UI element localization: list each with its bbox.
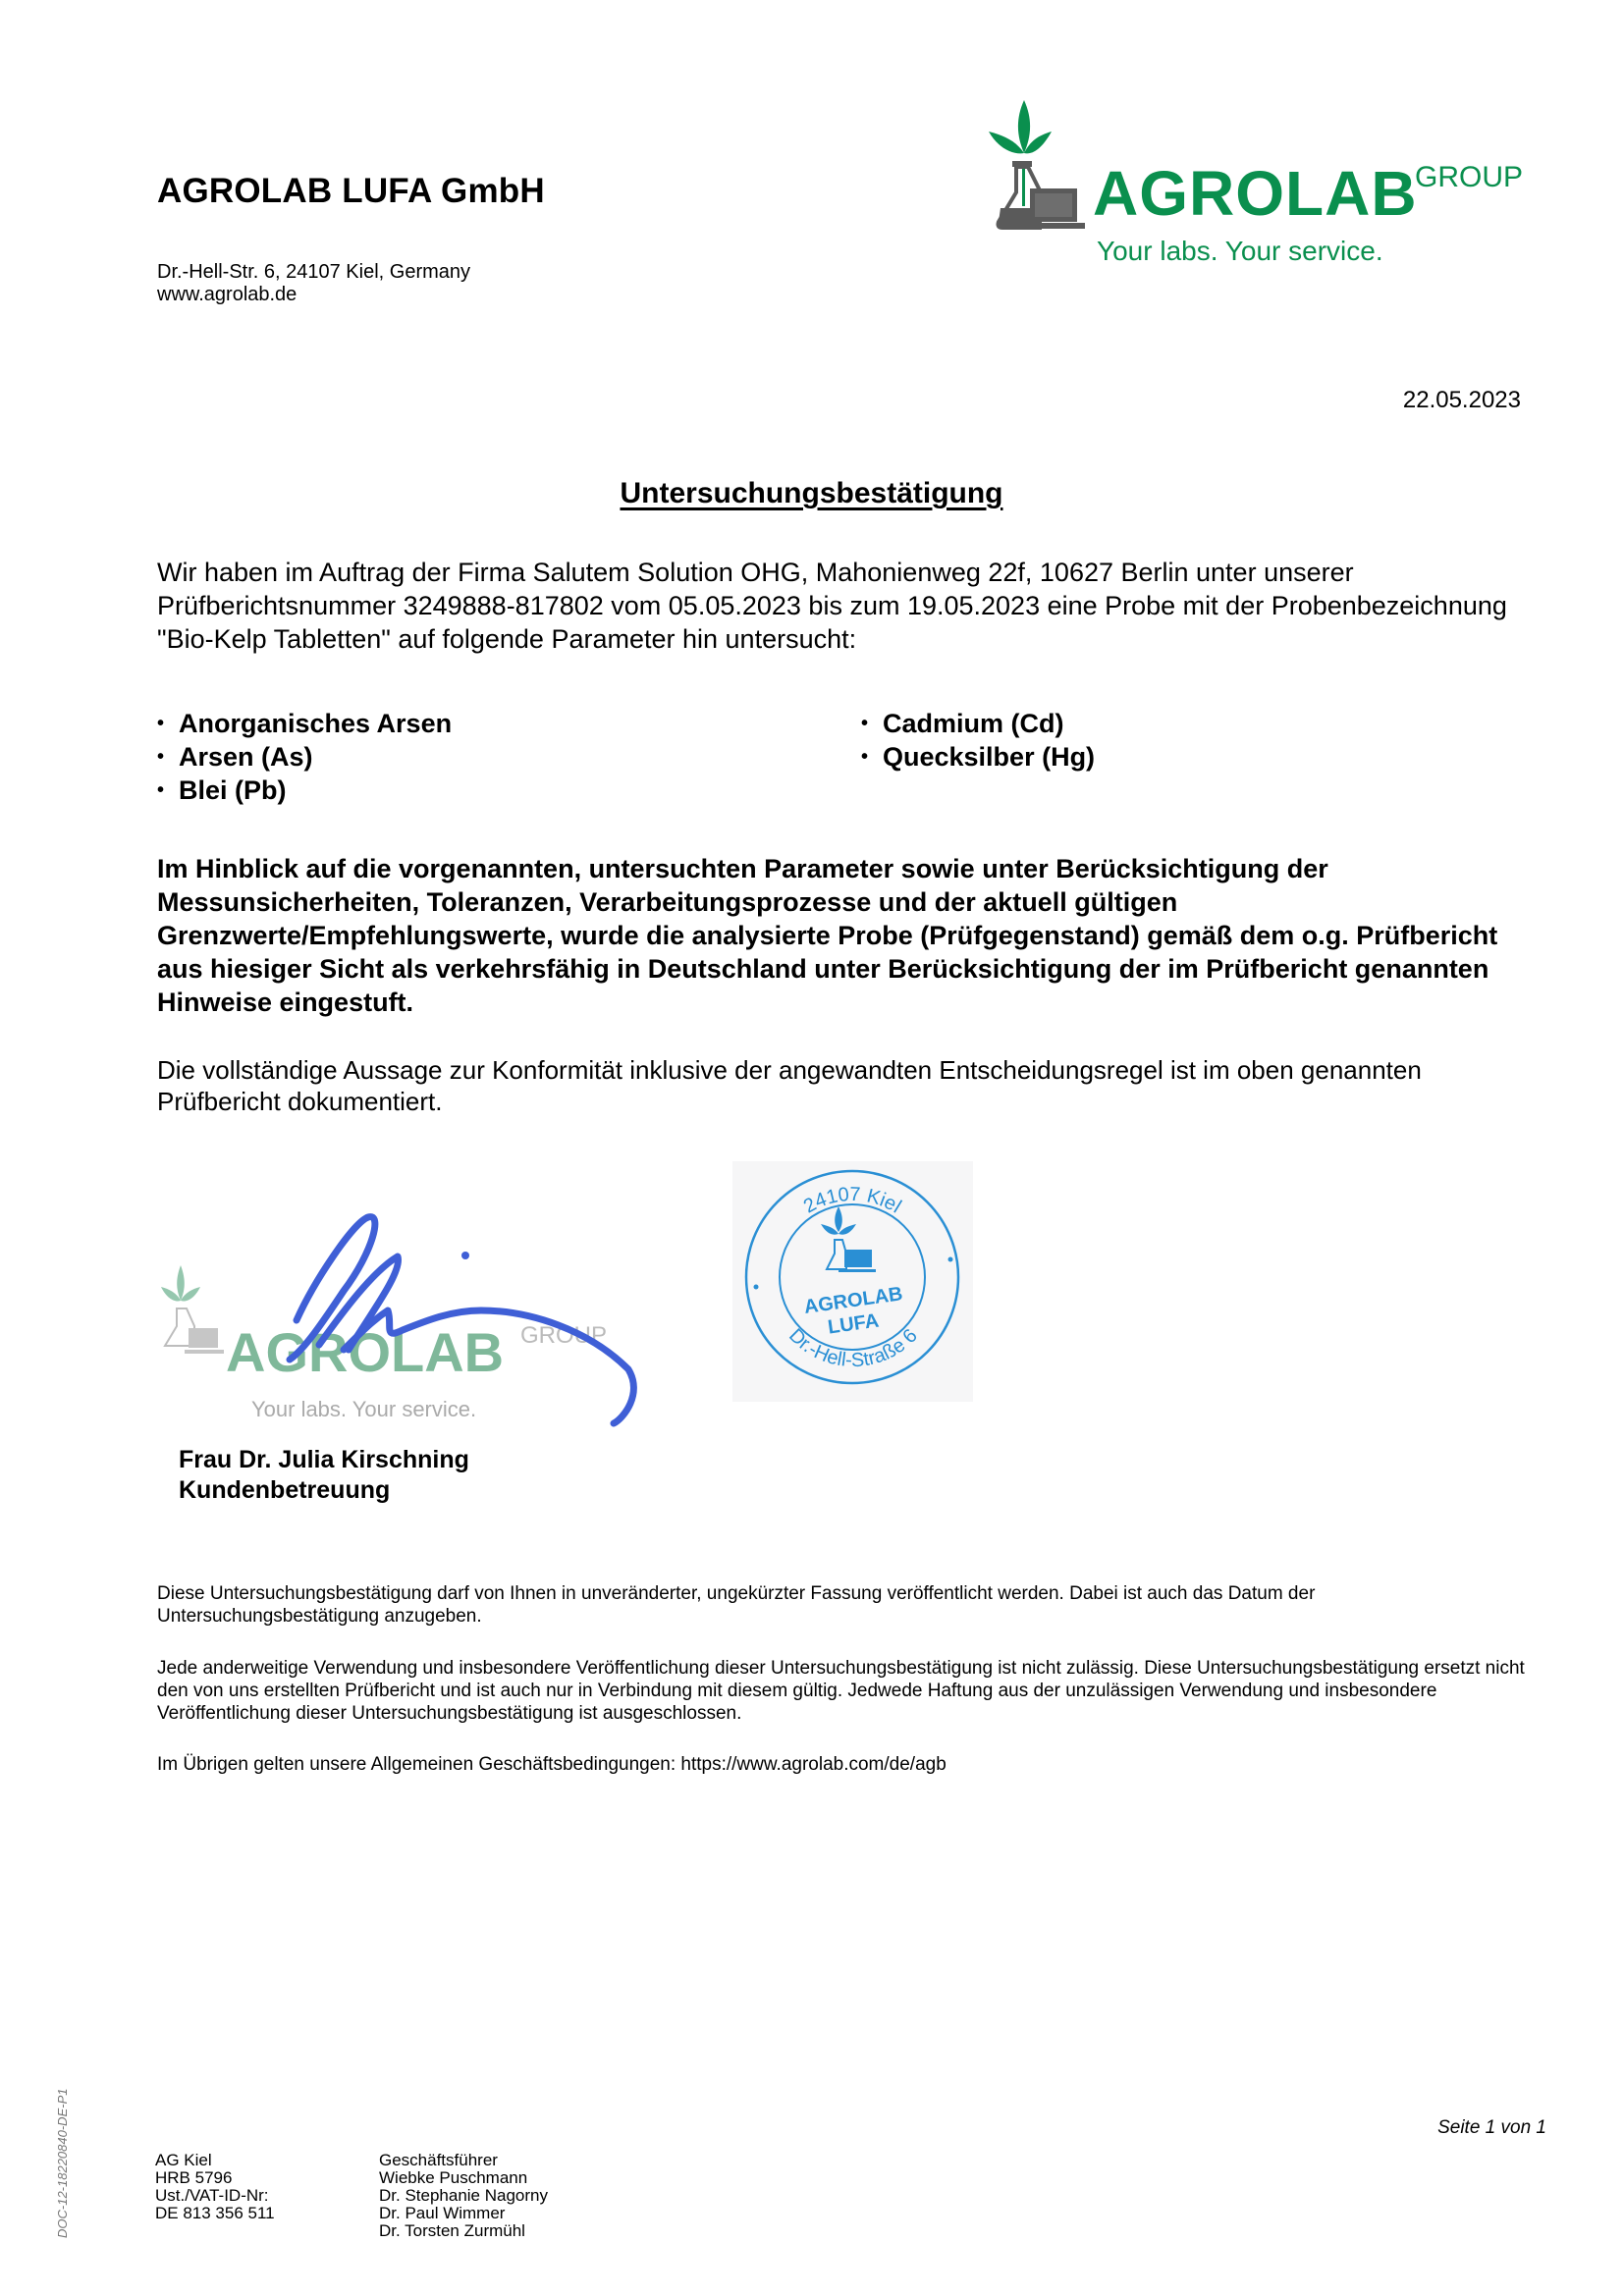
page-title: Untersuchungsbestätigung bbox=[0, 477, 1623, 510]
signer-name: Frau Dr. Julia Kirschning bbox=[179, 1445, 469, 1475]
publication-note: Diese Untersuchungsbestätigung darf von … bbox=[157, 1582, 1532, 1628]
bullet-icon: • bbox=[157, 707, 179, 740]
management-title: Geschäftsführer bbox=[379, 2152, 548, 2169]
website: www.agrolab.de bbox=[157, 284, 470, 306]
conformity-note: Die vollständige Aussage zur Konformität… bbox=[157, 1054, 1532, 1117]
company-address: Dr.-Hell-Str. 6, 24107 Kiel, Germany www… bbox=[157, 261, 470, 306]
terms-note: Im Übrigen gelten unsere Allgemeinen Ges… bbox=[157, 1753, 1532, 1776]
signature-area: AGROLAB GROUP Your labs. Your service. bbox=[157, 1163, 727, 1428]
svg-text:LUFA: LUFA bbox=[827, 1310, 881, 1339]
registry-line: DE 813 356 511 bbox=[155, 2205, 275, 2222]
list-item: •Cadmium (Cd) bbox=[861, 707, 1095, 740]
usage-restriction-note: Jede anderweitige Verwendung und insbeso… bbox=[157, 1657, 1532, 1725]
page-number: Seite 1 von 1 bbox=[1437, 2117, 1546, 2139]
parameter-column-2: •Cadmium (Cd) •Quecksilber (Hg) bbox=[861, 707, 1095, 774]
agrolab-logo: AGROLAB GROUP Your labs. Your service. bbox=[987, 86, 1556, 283]
parameter-column-1: •Anorganisches Arsen •Arsen (As) •Blei (… bbox=[157, 707, 452, 807]
document-date: 22.05.2023 bbox=[1403, 387, 1521, 414]
registry-line: HRB 5796 bbox=[155, 2169, 275, 2187]
signer-block: Frau Dr. Julia Kirschning Kundenbetreuun… bbox=[179, 1445, 469, 1506]
logo-group-label: GROUP bbox=[1415, 161, 1523, 194]
parameter-label: Arsen (As) bbox=[179, 740, 313, 774]
parameter-label: Quecksilber (Hg) bbox=[883, 740, 1095, 774]
registry-info: AG Kiel HRB 5796 Ust./VAT-ID-Nr: DE 813 … bbox=[155, 2152, 275, 2222]
intro-paragraph: Wir haben im Auftrag der Firma Salutem S… bbox=[157, 556, 1532, 656]
manager-name: Dr. Paul Wimmer bbox=[379, 2205, 548, 2222]
management-info: Geschäftsführer Wiebke Puschmann Dr. Ste… bbox=[379, 2152, 548, 2240]
parameter-label: Anorganisches Arsen bbox=[179, 707, 452, 740]
manager-name: Dr. Torsten Zurmühl bbox=[379, 2222, 548, 2240]
svg-text:24107 Kiel: 24107 Kiel bbox=[800, 1184, 905, 1218]
parameter-label: Blei (Pb) bbox=[179, 774, 287, 807]
stamp-seal-icon: 24107 Kiel Dr.-Hell-Straße 6 AGROLAB LUF… bbox=[732, 1161, 973, 1402]
company-stamp: 24107 Kiel Dr.-Hell-Straße 6 AGROLAB LUF… bbox=[732, 1161, 973, 1402]
address-line: Dr.-Hell-Str. 6, 24107 Kiel, Germany bbox=[157, 261, 470, 284]
bullet-icon: • bbox=[157, 774, 179, 807]
assessment-statement: Im Hinblick auf die vorgenannten, unters… bbox=[157, 852, 1532, 1019]
registry-line: AG Kiel bbox=[155, 2152, 275, 2169]
logo-wordmark: AGROLAB bbox=[1093, 157, 1418, 230]
signer-role: Kundenbetreuung bbox=[179, 1475, 469, 1506]
handwritten-signature bbox=[157, 1163, 727, 1428]
bullet-icon: • bbox=[861, 740, 883, 774]
manager-name: Dr. Stephanie Nagorny bbox=[379, 2187, 548, 2205]
document-id: DOC-12-18220840-DE-P1 bbox=[55, 2089, 70, 2238]
bullet-icon: • bbox=[157, 740, 179, 774]
logo-tagline: Your labs. Your service. bbox=[1097, 236, 1383, 267]
registry-line: Ust./VAT-ID-Nr: bbox=[155, 2187, 275, 2205]
list-item: •Arsen (As) bbox=[157, 740, 452, 774]
parameter-label: Cadmium (Cd) bbox=[883, 707, 1064, 740]
manager-name: Wiebke Puschmann bbox=[379, 2169, 548, 2187]
company-name: AGROLAB LUFA GmbH bbox=[157, 172, 545, 211]
list-item: •Blei (Pb) bbox=[157, 774, 452, 807]
flask-plant-laptop-logo-icon bbox=[987, 92, 1095, 240]
list-item: •Anorganisches Arsen bbox=[157, 707, 452, 740]
bullet-icon: • bbox=[861, 707, 883, 740]
list-item: •Quecksilber (Hg) bbox=[861, 740, 1095, 774]
